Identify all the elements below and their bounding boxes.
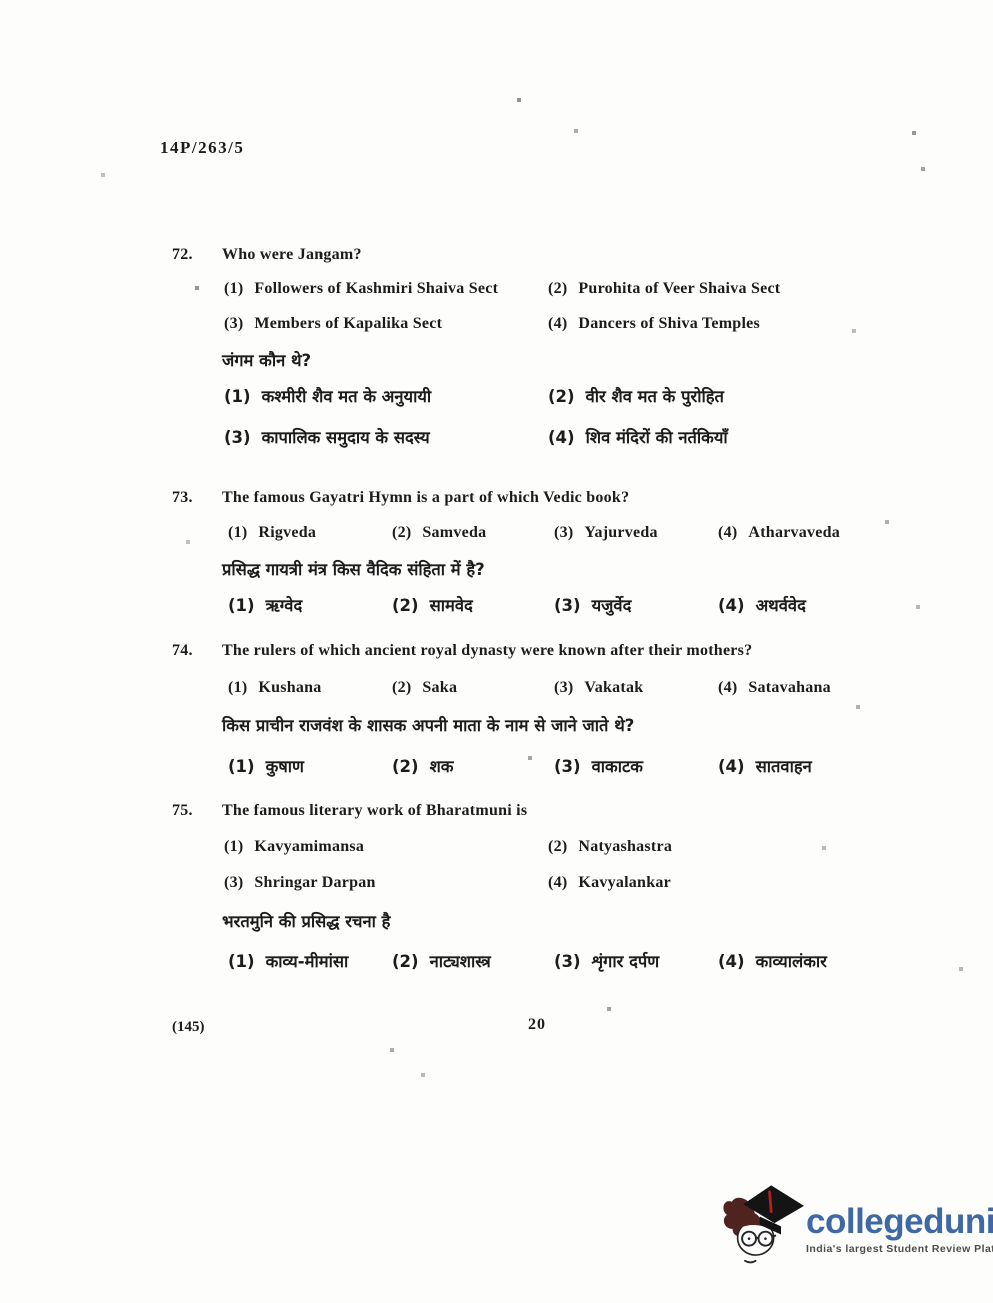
option: (2)वीर शैव मत के पुरोहित <box>548 384 724 407</box>
option: (4)काव्यालंकार <box>718 949 827 972</box>
option-text: Purohita of Veer Shaiva Sect <box>578 280 780 297</box>
option-text: सामवेद <box>430 596 473 615</box>
option-number: (3) <box>224 874 243 892</box>
option: (3)Members of Kapalika Sect <box>224 315 442 333</box>
option-number: (2) <box>392 952 419 971</box>
question-75-options-en-row-2: (3)Shringar Darpan (4)Kavyalankar <box>0 874 993 900</box>
option-text: वीर शैव मत के पुरोहित <box>586 387 724 406</box>
option-text: Kavyamimansa <box>254 838 364 855</box>
option-text: काव्य-मीमांसा <box>266 952 349 971</box>
option: (3)वाकाटक <box>554 754 643 777</box>
option: (3)कापालिक समुदाय के सदस्य <box>224 425 430 448</box>
option-number: (4) <box>718 679 737 697</box>
option-text: वाकाटक <box>592 757 643 776</box>
option-number: (2) <box>548 280 567 298</box>
question-75-options-en-row-1: (1)Kavyamimansa (2)Natyashastra <box>0 838 993 864</box>
option: (4)शिव मंदिरों की नर्तकियाँ <box>548 425 728 448</box>
question-72-options-en-row-2: (3)Members of Kapalika Sect (4)Dancers o… <box>0 315 993 341</box>
collegedunia-logo: collegedunia .com India's largest Studen… <box>722 1184 993 1272</box>
question-72-options-hi-row-1: (1)कश्मीरी शैव मत के अनुयायी (2)वीर शैव … <box>0 384 993 410</box>
option-text: Atharvaveda <box>748 524 840 541</box>
option-number: (1) <box>228 596 255 615</box>
question-number: 72. <box>172 246 193 264</box>
option-number: (1) <box>224 387 251 406</box>
question-73-options-en-row: (1)Rigveda (2)Samveda (3)Yajurveda (4)At… <box>0 524 993 550</box>
option-number: (4) <box>548 428 575 447</box>
option: (4)सातवाहन <box>718 754 812 777</box>
question-text-en: The rulers of which ancient royal dynast… <box>222 642 752 660</box>
option-number: (1) <box>228 757 255 776</box>
option-text: Kavyalankar <box>578 874 671 891</box>
option-text: Kushana <box>258 679 321 696</box>
question-73-line: 73. The famous Gayatri Hymn is a part of… <box>0 489 993 515</box>
scan-speckles <box>0 0 2 2</box>
option-number: (2) <box>548 387 575 406</box>
option-text: ऋग्वेद <box>266 596 303 615</box>
question-number: 73. <box>172 489 193 507</box>
option-number: (3) <box>554 524 573 542</box>
question-75-line-hi: भरतमुनि की प्रसिद्ध रचना है <box>0 909 993 935</box>
option-text: शृंगार दर्पण <box>592 952 660 971</box>
option: (1)कश्मीरी शैव मत के अनुयायी <box>224 384 431 407</box>
question-74-line: 74. The rulers of which ancient royal dy… <box>0 642 993 668</box>
question-text-en: Who were Jangam? <box>222 246 362 264</box>
option: (3)Vakatak <box>554 679 643 697</box>
option-text: Vakatak <box>584 679 643 696</box>
exam-paper-page: 14P/263/5 72. Who were Jangam? (1)Follow… <box>0 0 993 1303</box>
option: (2)शक <box>392 754 453 777</box>
option-number: (2) <box>392 679 411 697</box>
option-number: (2) <box>392 596 419 615</box>
option: (1)Rigveda <box>228 524 316 542</box>
question-text-hi: किस प्राचीन राजवंश के शासक अपनी माता के … <box>222 713 634 736</box>
option-text: नाट्यशास्त्र <box>430 952 491 971</box>
option: (2)Natyashastra <box>548 838 672 856</box>
option: (2)Samveda <box>392 524 486 542</box>
option-text: Natyashastra <box>578 838 672 855</box>
option-text: Satavahana <box>748 679 831 696</box>
option-number: (1) <box>228 524 247 542</box>
option-number: (4) <box>548 874 567 892</box>
option-text: Yajurveda <box>584 524 657 541</box>
question-74-line-hi: किस प्राचीन राजवंश के शासक अपनी माता के … <box>0 713 993 739</box>
option-number: (1) <box>228 952 255 971</box>
option: (4)अथर्ववेद <box>718 593 806 616</box>
option: (4)Satavahana <box>718 679 831 697</box>
option: (1)काव्य-मीमांसा <box>228 949 348 972</box>
option-number: (2) <box>392 757 419 776</box>
page-number: 20 <box>528 1016 546 1034</box>
option-text: Saka <box>422 679 457 696</box>
question-text-hi: भरतमुनि की प्रसिद्ध रचना है <box>222 909 390 932</box>
question-74-options-en-row: (1)Kushana (2)Saka (3)Vakatak (4)Satavah… <box>0 679 993 705</box>
question-text-hi: प्रसिद्ध गायत्री मंत्र किस वैदिक संहिता … <box>222 557 485 580</box>
question-72-options-hi-row-2: (3)कापालिक समुदाय के सदस्य (4)शिव मंदिरो… <box>0 425 993 451</box>
option-number: (4) <box>718 952 745 971</box>
question-74-options-hi-row: (1)कुषाण (2)शक (3)वाकाटक (4)सातवाहन <box>0 754 993 780</box>
option-number: (3) <box>554 757 581 776</box>
option: (1)Kushana <box>228 679 322 697</box>
option: (1)कुषाण <box>228 754 304 777</box>
option-number: (3) <box>224 428 251 447</box>
option-number: (2) <box>548 838 567 856</box>
question-text-en: The famous literary work of Bharatmuni i… <box>222 802 527 820</box>
option-text: सातवाहन <box>756 757 812 776</box>
option-number: (4) <box>718 524 737 542</box>
paper-code: 14P/263/5 <box>160 138 244 158</box>
option-number: (4) <box>548 315 567 333</box>
option-number: (3) <box>554 679 573 697</box>
brand-text: collegedunia <box>806 1204 993 1240</box>
option: (2)Purohita of Veer Shaiva Sect <box>548 280 780 298</box>
option-number: (1) <box>228 679 247 697</box>
option-number: (1) <box>224 838 243 856</box>
option-number: (3) <box>224 315 243 333</box>
question-text-hi: जंगम कौन थे? <box>222 348 311 371</box>
question-73-options-hi-row: (1)ऋग्वेद (2)सामवेद (3)यजुर्वेद (4)अथर्व… <box>0 593 993 619</box>
option-number: (3) <box>554 952 581 971</box>
option-text: Samveda <box>422 524 486 541</box>
logo-text-block: collegedunia .com India's largest Studen… <box>806 1184 993 1255</box>
option: (1)ऋग्वेद <box>228 593 302 616</box>
option-number: (4) <box>718 757 745 776</box>
collegedunia-mascot-icon <box>722 1184 804 1272</box>
option: (1)Kavyamimansa <box>224 838 364 856</box>
question-number: 74. <box>172 642 193 660</box>
option-text: कापालिक समुदाय के सदस्य <box>262 428 430 447</box>
booklet-series-code: (145) <box>172 1019 205 1036</box>
option-number: (1) <box>224 280 243 298</box>
option: (2)सामवेद <box>392 593 473 616</box>
option-text: Members of Kapalika Sect <box>254 315 442 332</box>
option-number: (4) <box>718 596 745 615</box>
option-text: काव्यालंकार <box>756 952 827 971</box>
option: (4)Dancers of Shiva Temples <box>548 315 760 333</box>
option: (3)Shringar Darpan <box>224 874 376 892</box>
question-72-options-en-row-1: (1)Followers of Kashmiri Shaiva Sect (2)… <box>0 280 993 306</box>
option-text: शिव मंदिरों की नर्तकियाँ <box>586 428 728 447</box>
option-text: Followers of Kashmiri Shaiva Sect <box>254 280 498 297</box>
option-number: (3) <box>554 596 581 615</box>
option-text: Shringar Darpan <box>254 874 375 891</box>
option: (1)Followers of Kashmiri Shaiva Sect <box>224 280 498 298</box>
option-text: अथर्ववेद <box>756 596 806 615</box>
question-number: 75. <box>172 802 193 820</box>
question-75-options-hi-row: (1)काव्य-मीमांसा (2)नाट्यशास्त्र (3)शृंग… <box>0 949 993 975</box>
brand-tagline: India's largest Student Review Platform <box>806 1243 993 1255</box>
question-73-line-hi: प्रसिद्ध गायत्री मंत्र किस वैदिक संहिता … <box>0 557 993 583</box>
option: (3)यजुर्वेद <box>554 593 631 616</box>
option: (3)Yajurveda <box>554 524 658 542</box>
option: (4)Atharvaveda <box>718 524 840 542</box>
option: (4)Kavyalankar <box>548 874 671 892</box>
option-text: यजुर्वेद <box>592 596 632 615</box>
option-text: शक <box>430 757 454 776</box>
option-number: (2) <box>392 524 411 542</box>
option-text: Dancers of Shiva Temples <box>578 315 760 332</box>
question-75-line: 75. The famous literary work of Bharatmu… <box>0 802 993 828</box>
option: (2)Saka <box>392 679 457 697</box>
option: (3)शृंगार दर्पण <box>554 949 659 972</box>
question-72-line: 72. Who were Jangam? <box>0 246 993 272</box>
option-text: Rigveda <box>258 524 316 541</box>
option-text: कुषाण <box>266 757 304 776</box>
question-text-en: The famous Gayatri Hymn is a part of whi… <box>222 489 629 507</box>
option-text: कश्मीरी शैव मत के अनुयायी <box>262 387 432 406</box>
option: (2)नाट्यशास्त्र <box>392 949 491 972</box>
question-72-line-hi: जंगम कौन थे? <box>0 348 993 374</box>
